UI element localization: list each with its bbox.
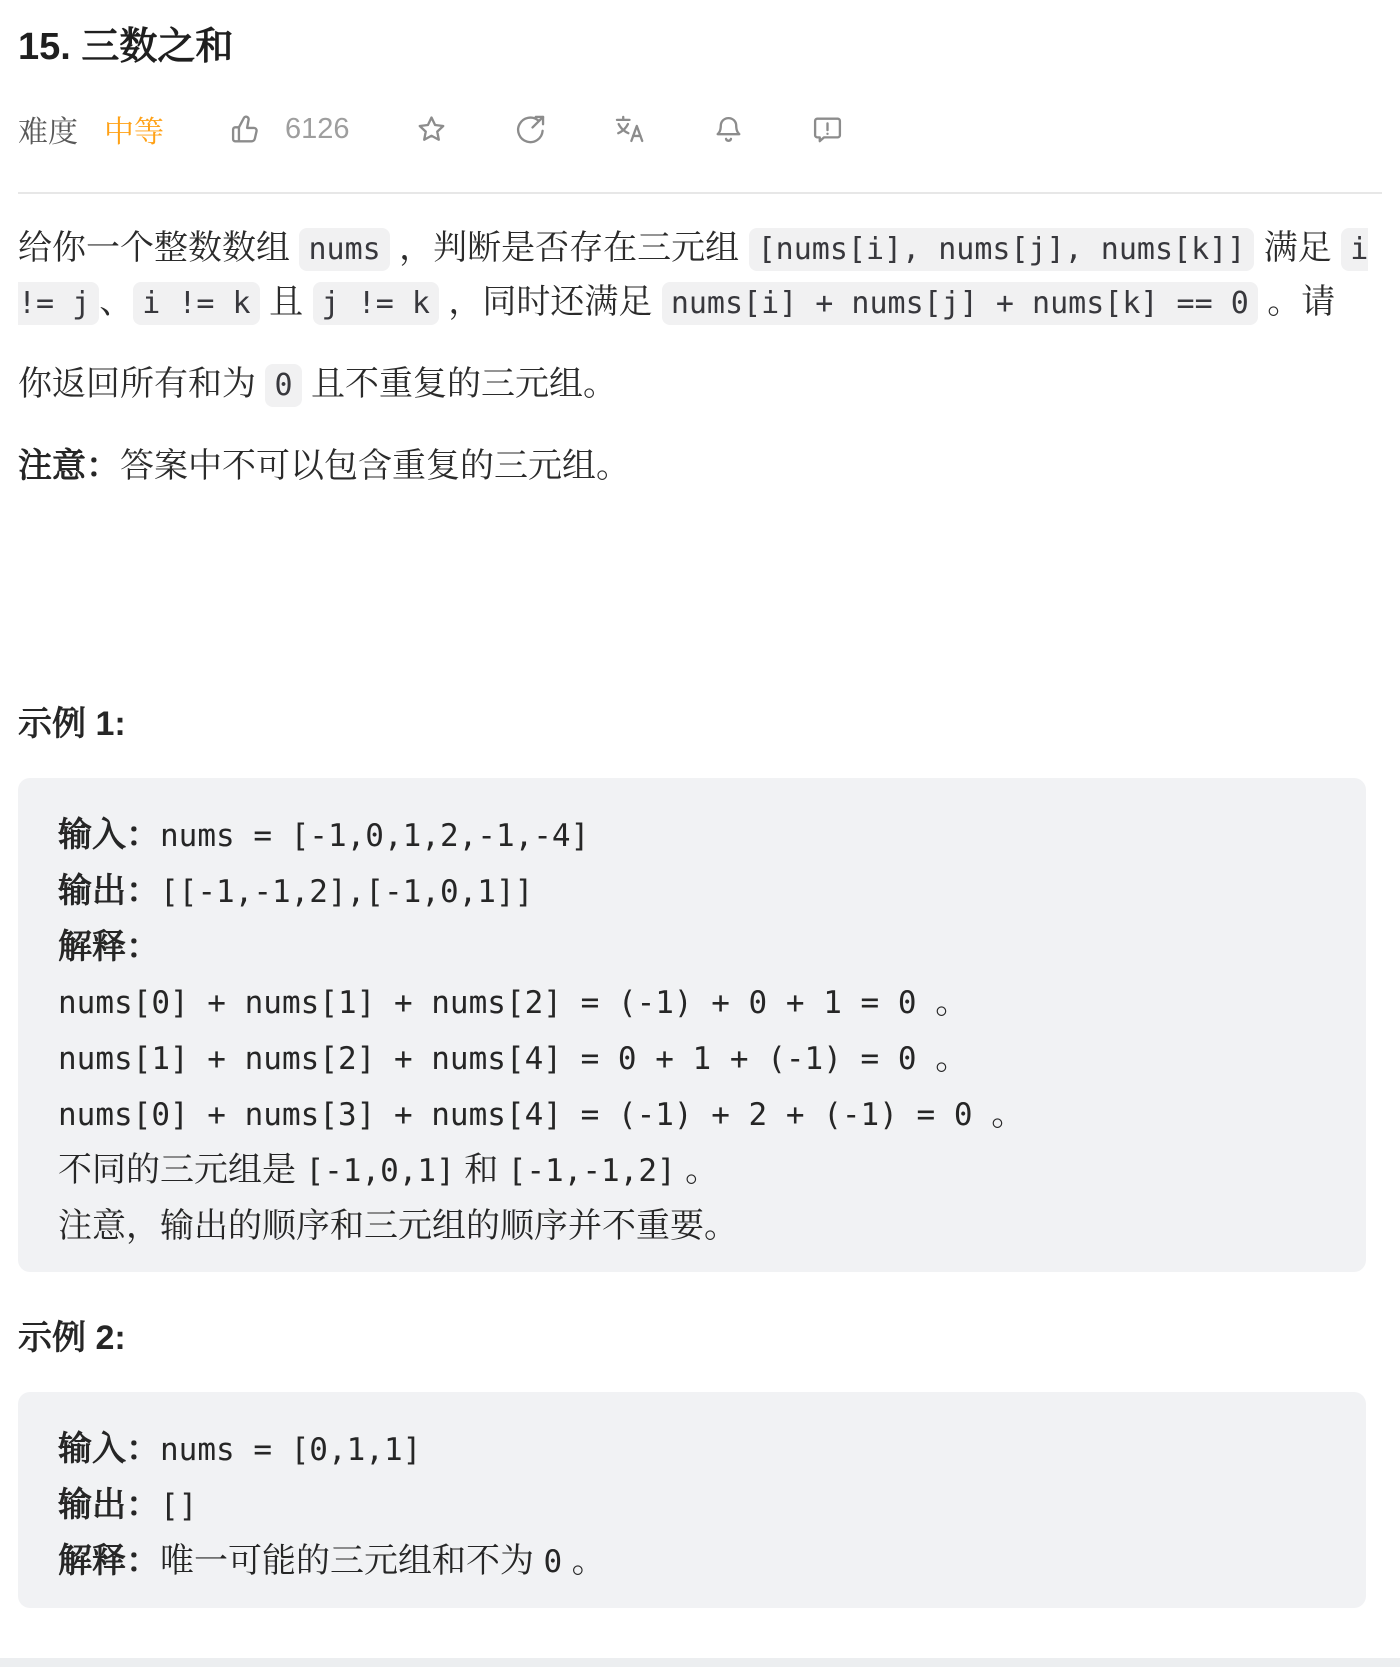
description-note: 注意：答案中不可以包含重复的三元组。 bbox=[18, 440, 1382, 492]
text-run: 答案中不可以包含重复的三元组。 bbox=[120, 447, 630, 485]
bold-label: 注意： bbox=[18, 447, 120, 485]
text-run: 不同的三元组是 bbox=[58, 1151, 305, 1189]
text-run: 。 bbox=[991, 1095, 1025, 1133]
inline-code: i != k bbox=[133, 282, 259, 325]
thumbs-up-icon bbox=[228, 112, 263, 147]
text-run: 唯一可能的三元组和不为 bbox=[160, 1542, 543, 1580]
inline-code: nums[0] + nums[1] + nums[2] = (-1) + 0 +… bbox=[58, 985, 935, 1021]
translate-icon bbox=[612, 112, 647, 147]
inline-code: [-1,0,1] bbox=[305, 1153, 454, 1189]
text-run: 、 bbox=[99, 283, 133, 321]
inline-code: nums bbox=[299, 228, 389, 271]
example-line: 输入：nums = [0,1,1] bbox=[58, 1422, 1326, 1478]
inline-code: 0 bbox=[543, 1544, 562, 1580]
like-count: 6126 bbox=[285, 113, 350, 146]
example-1-heading: 示例 1: bbox=[18, 702, 1382, 746]
inline-code: [-1,-1,2] bbox=[508, 1153, 676, 1189]
next-section-edge bbox=[0, 1658, 1400, 1667]
bell-icon bbox=[711, 112, 746, 147]
bold-label: 输出： bbox=[58, 1486, 160, 1524]
example-2-heading: 示例 2: bbox=[18, 1316, 1382, 1360]
example-line: 注意，输出的顺序和三元组的顺序并不重要。 bbox=[58, 1199, 1326, 1254]
text-run: ，同时还满足 bbox=[439, 283, 662, 321]
problem-title: 15. 三数之和 bbox=[18, 24, 1382, 70]
section-divider bbox=[18, 192, 1382, 194]
difficulty-label: 难度 bbox=[18, 107, 78, 151]
example-2-block: 输入：nums = [0,1,1]输出：[]解释：唯一可能的三元组和不为 0 。 bbox=[18, 1392, 1366, 1608]
example-line: 输出：[] bbox=[58, 1478, 1326, 1534]
text-run: 满足 bbox=[1254, 229, 1341, 267]
star-icon bbox=[414, 112, 449, 147]
text-run: 和 bbox=[455, 1151, 508, 1189]
bold-label: 解释： bbox=[58, 1542, 160, 1580]
inline-code: 0 bbox=[265, 364, 301, 407]
inline-code: nums = [-1,0,1,2,-1,-4] bbox=[160, 818, 589, 854]
description-paragraph-2: 你返回所有和为 0 且不重复的三元组。 bbox=[18, 358, 1382, 412]
text-run: 。 bbox=[676, 1151, 719, 1189]
inline-code: [] bbox=[160, 1488, 197, 1524]
inline-code: nums[i] + nums[j] + nums[k] == 0 bbox=[662, 282, 1258, 325]
example-line: nums[0] + nums[3] + nums[4] = (-1) + 2 +… bbox=[58, 1087, 1326, 1143]
bold-label: 输出： bbox=[58, 872, 160, 910]
example-line: 输出：[[-1,-1,2],[-1,0,1]] bbox=[58, 864, 1326, 920]
example-line: nums[0] + nums[1] + nums[2] = (-1) + 0 +… bbox=[58, 975, 1326, 1031]
example-1-block: 输入：nums = [-1,0,1,2,-1,-4]输出：[[-1,-1,2],… bbox=[18, 778, 1366, 1272]
problem-description-panel: 15. 三数之和 难度 中等 6126 bbox=[0, 0, 1400, 1608]
example-line: 解释：唯一可能的三元组和不为 0 。 bbox=[58, 1534, 1326, 1590]
inline-code: nums = [0,1,1] bbox=[160, 1432, 421, 1468]
feedback-icon bbox=[810, 112, 845, 147]
text-run: 注意，输出的顺序和三元组的顺序并不重要。 bbox=[58, 1207, 738, 1245]
text-run: 。 bbox=[562, 1542, 605, 1580]
inline-code: j != k bbox=[313, 282, 439, 325]
difficulty-badge: 中等 bbox=[104, 107, 164, 151]
text-run: 给你一个整数数组 bbox=[18, 229, 299, 267]
inline-code: [nums[i], nums[j], nums[k]] bbox=[749, 228, 1255, 271]
problem-meta-row: 难度 中等 6126 bbox=[18, 100, 1382, 158]
text-run: ，判断是否存在三元组 bbox=[390, 229, 749, 267]
like-button[interactable]: 6126 bbox=[228, 112, 350, 147]
text-run: 且 bbox=[260, 283, 313, 321]
inline-code: nums[1] + nums[2] + nums[4] = 0 + 1 + (-… bbox=[58, 1041, 935, 1077]
text-run: 。请 bbox=[1258, 283, 1335, 321]
bold-label: 输入： bbox=[58, 816, 160, 854]
translate-button[interactable] bbox=[612, 112, 647, 147]
bold-label: 输入： bbox=[58, 1430, 160, 1468]
example-line: 解释： bbox=[58, 920, 1326, 975]
inline-code: nums[0] + nums[3] + nums[4] = (-1) + 2 +… bbox=[58, 1097, 991, 1133]
share-button[interactable] bbox=[513, 112, 548, 147]
subscribe-button[interactable] bbox=[711, 112, 746, 147]
example-line: 输入：nums = [-1,0,1,2,-1,-4] bbox=[58, 808, 1326, 864]
feedback-button[interactable] bbox=[810, 112, 845, 147]
description-paragraph-1: 给你一个整数数组 nums ，判断是否存在三元组 [nums[i], nums[… bbox=[18, 222, 1382, 330]
share-icon bbox=[513, 112, 548, 147]
text-run: 。 bbox=[935, 1039, 969, 1077]
favorite-button[interactable] bbox=[414, 112, 449, 147]
example-line: nums[1] + nums[2] + nums[4] = 0 + 1 + (-… bbox=[58, 1031, 1326, 1087]
bold-label: 解释： bbox=[58, 928, 160, 966]
example-line: 不同的三元组是 [-1,0,1] 和 [-1,-1,2] 。 bbox=[58, 1143, 1326, 1199]
text-run: 。 bbox=[935, 983, 969, 1021]
inline-code: [[-1,-1,2],[-1,0,1]] bbox=[160, 874, 533, 910]
text-run: 且不重复的三元组。 bbox=[302, 365, 617, 403]
text-run: 你返回所有和为 bbox=[18, 365, 265, 403]
